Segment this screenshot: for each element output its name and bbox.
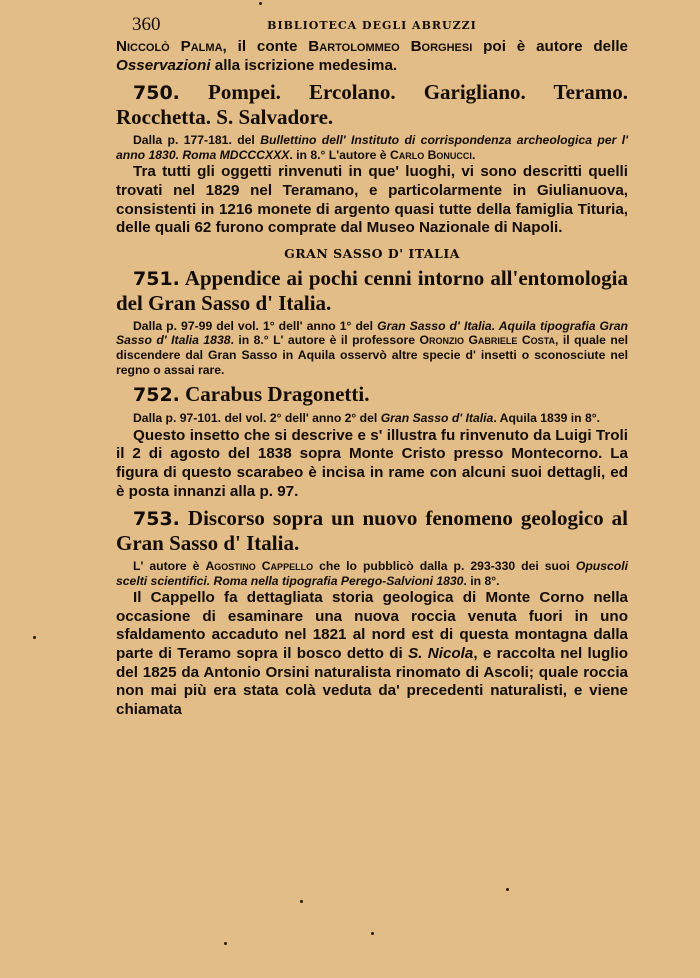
entry-reference: Dalla p. 97-99 del vol. 1° dell' anno 1°… bbox=[116, 319, 628, 377]
scan-speck bbox=[33, 636, 36, 639]
entry-number: 750. bbox=[133, 82, 180, 104]
place-name: S. Nicola bbox=[408, 645, 473, 662]
entry-753: 753. Discorso sopra un nuovo fenomeno ge… bbox=[116, 506, 628, 719]
entry-title: 750. Pompei. Ercolano. Garigliano. Teram… bbox=[116, 80, 628, 129]
scan-speck bbox=[371, 932, 374, 935]
entry-description: Tra tutti gli oggetti rinvenuti in que' … bbox=[116, 163, 628, 237]
entry-title: 752. Carabus Dragonetti. bbox=[116, 382, 628, 407]
person-name: Niccolò Palma bbox=[116, 38, 223, 55]
work-title: Osservazioni bbox=[116, 57, 211, 74]
section-heading: GRAN SASSO D' ITALIA bbox=[116, 246, 628, 261]
scan-speck bbox=[224, 942, 227, 945]
author-name: Carlo Bonucci bbox=[390, 148, 472, 162]
entry-number: 752. bbox=[133, 384, 180, 406]
entry-reference: L' autore è Agostino Cappello che lo pub… bbox=[116, 559, 628, 588]
author-name: Agostino Cappello bbox=[205, 559, 313, 573]
entry-description: Il Cappello fa dettagliata storia geolog… bbox=[116, 589, 628, 719]
entry-750: 750. Pompei. Ercolano. Garigliano. Teram… bbox=[116, 80, 628, 238]
author-name: Oronzio Gabriele Costa bbox=[420, 333, 556, 347]
scan-speck bbox=[259, 2, 262, 5]
book-page: 360 BIBLIOTECA DEGLI ABRUZZI Niccolò Pal… bbox=[116, 14, 628, 719]
scan-speck bbox=[300, 900, 303, 903]
entry-number: 753. bbox=[133, 508, 180, 530]
running-title: BIBLIOTECA DEGLI ABRUZZI bbox=[116, 19, 628, 32]
running-head: 360 BIBLIOTECA DEGLI ABRUZZI bbox=[116, 14, 628, 36]
entry-reference: Dalla p. 177-181. del Bullettino dell' I… bbox=[116, 133, 628, 162]
scan-speck bbox=[506, 888, 509, 891]
entry-number: 751. bbox=[133, 268, 180, 290]
entry-751: 751. Appendice ai pochi cenni intorno al… bbox=[116, 266, 628, 377]
entry-title: 751. Appendice ai pochi cenni intorno al… bbox=[116, 266, 628, 315]
entry-752: 752. Carabus Dragonetti. Dalla p. 97-101… bbox=[116, 382, 628, 501]
continuation-paragraph: Niccolò Palma, il conte Bartolommeo Borg… bbox=[116, 38, 628, 75]
entry-reference: Dalla p. 97-101. del vol. 2° dell' anno … bbox=[116, 411, 628, 426]
entry-title: 753. Discorso sopra un nuovo fenomeno ge… bbox=[116, 506, 628, 555]
entry-description: Questo insetto che si descrive e s' illu… bbox=[116, 427, 628, 501]
person-name: Bartolommeo Borghesi bbox=[308, 38, 472, 55]
